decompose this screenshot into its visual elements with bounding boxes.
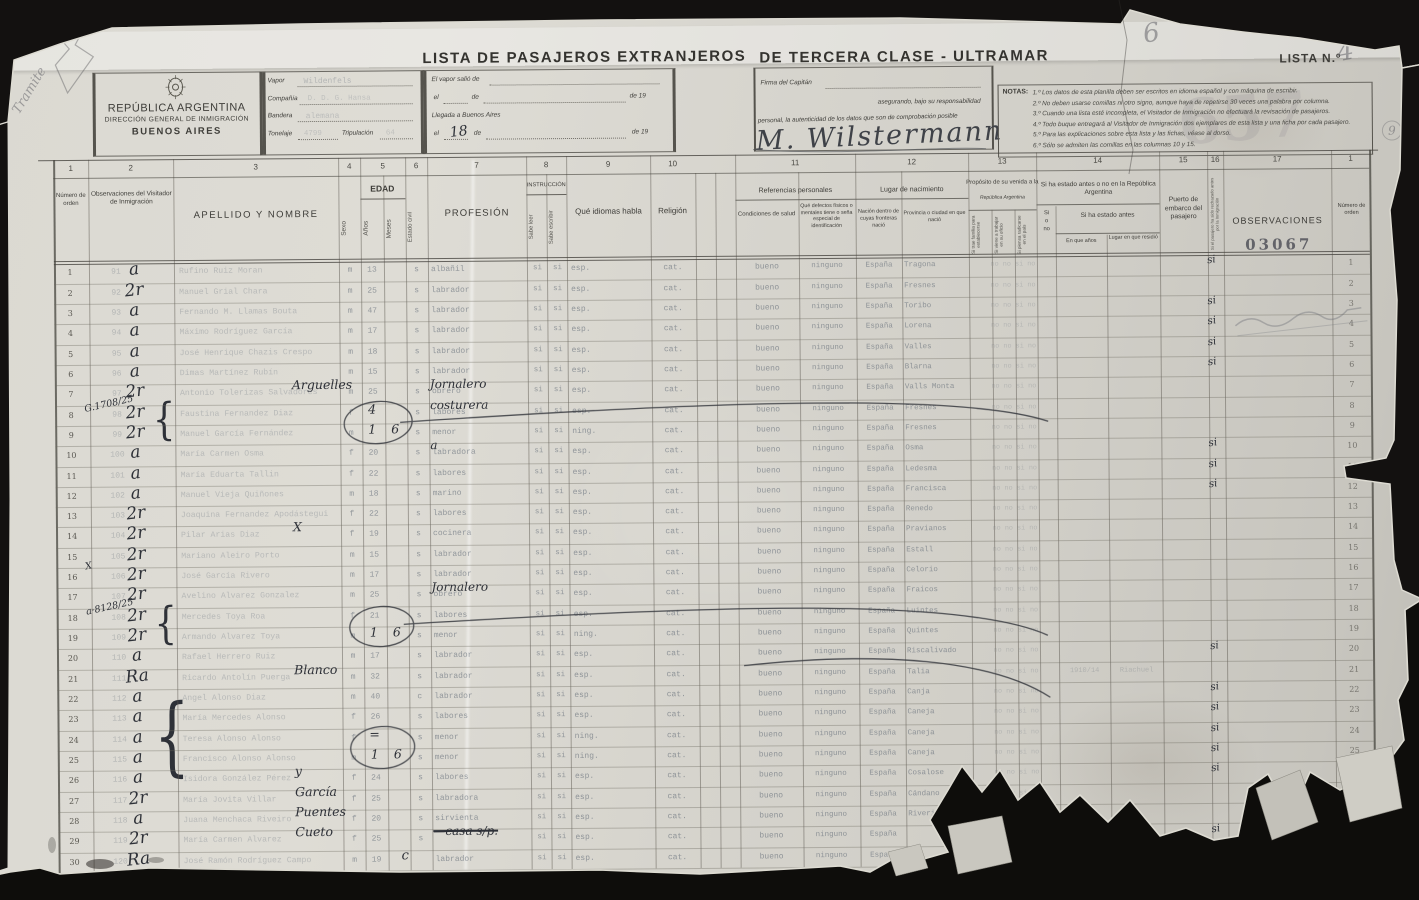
can-read: si xyxy=(531,651,550,659)
language: esp. xyxy=(576,853,636,862)
purpose-marks: no no si no xyxy=(973,667,1059,676)
language: esp. xyxy=(572,406,632,415)
row-number-left: 19 xyxy=(59,634,87,643)
grid-line-v xyxy=(1107,235,1113,865)
language: esp. xyxy=(573,528,633,537)
passenger-name: Manuel Grial Chara xyxy=(179,286,337,296)
age-years: 20 xyxy=(365,814,387,823)
grid-line-v xyxy=(715,173,721,868)
can-read: si xyxy=(532,772,551,780)
row-number-right: 5 xyxy=(1338,339,1366,348)
passenger-name: Mariano Aleiro Porto xyxy=(181,551,339,561)
row-number-left: 26 xyxy=(60,776,88,785)
defects: ninguno xyxy=(801,486,857,494)
nation: España xyxy=(859,465,903,473)
si-mark: si xyxy=(1208,455,1230,470)
row-number-right: 14 xyxy=(1339,522,1367,531)
province: Fresnes xyxy=(905,424,969,433)
passenger-name: María Mercedes Alonso xyxy=(182,713,340,723)
religion: cat. xyxy=(654,507,696,516)
row-number-left: 24 xyxy=(60,735,88,744)
col18-header: Número de orden xyxy=(1334,203,1368,217)
can-write: si xyxy=(552,833,571,841)
grid-line-v xyxy=(546,174,552,869)
nation: España xyxy=(861,831,905,839)
page-subtitle: DE TERCERA CLASE - ULTRAMAR xyxy=(759,47,1049,66)
sex: m xyxy=(342,489,362,498)
purpose-marks: no no si no xyxy=(972,464,1058,473)
row-number-right: 10 xyxy=(1338,441,1366,450)
profession: labores xyxy=(433,468,527,478)
col2-header: Observaciones del Visitador de Inmigraci… xyxy=(90,190,172,207)
purpose-marks: no no si no xyxy=(973,626,1059,635)
vapor-label: Vapor xyxy=(267,77,284,84)
notas-list: 1.º Los datos de esta planilla deben ser… xyxy=(1033,86,1365,152)
row-number-left: 29 xyxy=(60,837,88,846)
can-read: si xyxy=(531,691,550,699)
passenger-name: José García Rivero xyxy=(181,571,339,581)
col-number: 16 xyxy=(1207,155,1223,164)
language: esp. xyxy=(572,447,632,456)
civil-status: s xyxy=(408,469,429,478)
province: Cosalose xyxy=(908,769,972,778)
civil-status: s xyxy=(409,712,430,721)
row-number-left: 3 xyxy=(56,309,84,318)
col-number: 15 xyxy=(1159,155,1207,164)
defects: ninguno xyxy=(799,303,855,311)
lista-n-label: LISTA N.º xyxy=(1279,51,1341,65)
defects: ninguno xyxy=(802,668,858,676)
row-number-right: 15 xyxy=(1339,543,1367,552)
can-read: si xyxy=(532,752,551,760)
col13b-header: República Argentina xyxy=(964,194,1040,201)
defects: ninguno xyxy=(801,547,857,555)
sex: f xyxy=(341,408,361,417)
row-number-right: 17 xyxy=(1339,583,1367,592)
profession: menor xyxy=(432,427,526,437)
col-number: 1 xyxy=(1331,154,1370,163)
de19-label2: de 19 xyxy=(632,128,648,135)
can-write: si xyxy=(549,386,568,394)
province: Blarna xyxy=(905,363,969,372)
row-number-left: 15 xyxy=(58,553,86,562)
purpose-marks: no no si no xyxy=(974,768,1060,777)
age-years: 13 xyxy=(361,266,383,275)
health: bueno xyxy=(741,730,801,739)
profession: labrador xyxy=(433,569,527,579)
nation: España xyxy=(861,770,905,778)
religion: cat. xyxy=(653,345,695,354)
purpose-marks: no no si no xyxy=(971,423,1057,432)
passenger-name: María Eduarta Tallin xyxy=(181,469,339,479)
row-number-right: 26 xyxy=(1341,766,1369,775)
language: esp. xyxy=(572,365,632,374)
defects: ninguno xyxy=(801,506,857,514)
purpose-marks: no no si no xyxy=(971,403,1057,412)
nation: España xyxy=(862,851,906,859)
passenger-name: Joaquina Fernandez Apodástegui xyxy=(181,510,339,520)
col-number: 1 xyxy=(53,164,88,173)
civil-status: s xyxy=(407,387,428,396)
col13-header: Propósito de su venida a la xyxy=(964,179,1040,187)
defects: ninguno xyxy=(800,364,856,372)
purpose-marks: no no si no xyxy=(970,281,1056,290)
defects: ninguno xyxy=(800,445,856,453)
nation: España xyxy=(859,587,903,595)
civil-status: s xyxy=(407,367,428,376)
can-write: si xyxy=(550,569,569,577)
religion: cat. xyxy=(657,853,699,862)
name-addition: Puentes xyxy=(295,804,346,819)
nation: España xyxy=(859,506,903,514)
defects: ninguno xyxy=(803,790,859,798)
language: esp. xyxy=(575,833,635,842)
civil-status: s xyxy=(406,286,427,295)
passenger-name: Armando Alvarez Toya xyxy=(182,632,340,642)
age-years: 25 xyxy=(365,794,387,803)
age-years: 24 xyxy=(365,774,387,783)
grid-line-v xyxy=(1159,151,1166,864)
row-number-left: 25 xyxy=(60,756,88,765)
nation: España xyxy=(861,749,905,757)
defects: ninguno xyxy=(800,384,856,392)
civil-status: s xyxy=(409,631,430,640)
profession: labores xyxy=(433,508,527,518)
age-years: 15 xyxy=(363,550,385,559)
row-number-left: 22 xyxy=(59,695,87,704)
province: Valls Monta xyxy=(905,383,969,392)
civil-status: s xyxy=(406,265,427,274)
health: bueno xyxy=(741,791,801,800)
age-years: 26 xyxy=(364,713,386,722)
tripulacion-label: Tripulación xyxy=(342,130,373,137)
row-number-left: 14 xyxy=(58,532,86,541)
civil-status: s xyxy=(410,814,431,823)
profession: cocinera xyxy=(433,529,527,539)
asegurando-text: asegurando, bajo su responsabilidad xyxy=(826,98,981,106)
can-read: si xyxy=(528,285,547,293)
can-read: si xyxy=(530,569,549,577)
can-read: si xyxy=(531,610,550,618)
col12b-header: Provincia o ciudad en que nació xyxy=(903,210,967,224)
tripulacion-value: 64 xyxy=(386,129,395,137)
col13-sub1: Si trae familia para establecerse xyxy=(971,214,987,256)
row-number-left: 18 xyxy=(59,614,87,623)
purpose-marks: no no si no xyxy=(970,321,1056,330)
profession: labradora xyxy=(432,448,526,458)
si-mark: si xyxy=(1210,719,1232,734)
religion: cat. xyxy=(653,406,695,415)
compania-value: D. D. G. Hansa xyxy=(308,95,371,103)
agency-line1: REPÚBLICA ARGENTINA xyxy=(98,101,256,114)
religion: cat. xyxy=(653,365,695,374)
col11b-header: Qué defectos físicos o mentales tiene o … xyxy=(798,203,854,230)
sex: m xyxy=(344,754,364,763)
civil-status: s xyxy=(409,672,430,681)
province: Luintes xyxy=(907,607,971,616)
row-number-left: 23 xyxy=(59,715,87,724)
province: Fresnes xyxy=(905,403,969,412)
can-write: si xyxy=(548,305,567,313)
defects: ninguno xyxy=(802,648,858,656)
language: esp. xyxy=(572,345,632,354)
religion: cat. xyxy=(655,609,697,618)
province: Osma xyxy=(905,444,969,453)
nation: España xyxy=(857,323,901,331)
age-years: 17 xyxy=(361,327,383,336)
language: esp. xyxy=(571,284,631,293)
col-number: 12 xyxy=(855,157,968,167)
firma-label: Firma del Capitán xyxy=(760,79,811,86)
can-read: si xyxy=(530,590,549,598)
health: bueno xyxy=(738,344,798,353)
language: ning. xyxy=(575,751,635,760)
province: Francisca xyxy=(906,485,970,494)
language: esp. xyxy=(573,467,633,476)
purpose-marks: no no si no xyxy=(974,748,1060,757)
nation: España xyxy=(857,282,901,290)
health: bueno xyxy=(739,506,799,515)
province: Toribo xyxy=(904,302,968,311)
can-read: si xyxy=(532,732,551,740)
profession: labrador xyxy=(432,346,526,356)
purpose-marks: no no si no xyxy=(975,850,1061,859)
row-number-right: 2 xyxy=(1337,278,1365,287)
province: Quintes xyxy=(907,627,971,636)
de-label2: de xyxy=(474,130,481,137)
pencil-arrow xyxy=(55,13,94,93)
age-years: 19 xyxy=(366,855,388,864)
sex: f xyxy=(342,530,362,539)
passenger-name: Mercedes Toya Roa xyxy=(182,612,340,622)
row-number-left: 6 xyxy=(57,370,85,379)
passenger-name: Manuel Vieja Quiñones xyxy=(181,490,339,500)
profession: labrador xyxy=(431,305,525,315)
sex: m xyxy=(345,855,365,864)
sex: f xyxy=(342,469,362,478)
grid-line-h xyxy=(54,251,1370,262)
passenger-name: Rufino Ruiz Moran xyxy=(179,266,337,276)
province: Cándano xyxy=(908,789,972,798)
religion: cat. xyxy=(655,649,697,658)
row-number-left: 28 xyxy=(60,817,88,826)
sex: f xyxy=(342,510,362,519)
can-write: si xyxy=(551,711,570,719)
sex: m xyxy=(340,266,360,275)
can-write: si xyxy=(552,752,571,760)
col13-sub3: Si piensa radicarse en el país xyxy=(1017,213,1033,255)
agency-line2: DIRECCIÓN GENERAL DE INMIGRACIÓN xyxy=(98,115,256,123)
nation: España xyxy=(858,343,902,351)
civil-status: s xyxy=(407,428,428,437)
age-years: 15 xyxy=(362,367,384,376)
nation: España xyxy=(860,607,904,615)
col-number: 11 xyxy=(735,158,855,168)
age-years: 18 xyxy=(362,347,384,356)
profession: labrador xyxy=(436,854,530,864)
can-write: si xyxy=(549,427,568,435)
age-years: 22 xyxy=(363,469,385,478)
health: bueno xyxy=(741,811,801,820)
profession-handwritten: —casa s/p. xyxy=(433,824,498,839)
pencil-letter: 6 xyxy=(1141,17,1162,49)
health: bueno xyxy=(738,405,798,414)
el-label2: el xyxy=(434,130,439,137)
can-read: si xyxy=(531,712,550,720)
sex: f xyxy=(344,835,364,844)
el-label: el xyxy=(434,94,439,101)
health: bueno xyxy=(738,384,798,393)
defects: ninguno xyxy=(801,526,857,534)
purpose-marks: no no si no xyxy=(972,565,1058,574)
civil-status: s xyxy=(406,306,427,315)
row-number-left: 5 xyxy=(57,349,85,358)
nation: España xyxy=(857,302,901,310)
religion: cat. xyxy=(655,710,697,719)
age-years: 25 xyxy=(362,388,384,397)
sex: f xyxy=(341,449,361,458)
age-years: 25 xyxy=(361,286,383,295)
civil-status: s xyxy=(407,408,428,417)
defects: ninguno xyxy=(801,567,857,575)
purpose-marks: no no si no xyxy=(971,443,1057,452)
compania-label: Compañía xyxy=(268,95,298,102)
row-number-right: 6 xyxy=(1338,360,1366,369)
province: Riverio xyxy=(908,810,972,819)
anos-header: Años xyxy=(362,203,380,255)
purpose-marks: no no si no xyxy=(973,687,1059,696)
age-years: 47 xyxy=(361,306,383,315)
can-write: si xyxy=(550,528,569,536)
sex: f xyxy=(344,815,364,824)
row-number-right: 4 xyxy=(1337,319,1365,328)
age-years: 19 xyxy=(363,530,385,539)
si-o-no-header: Siono xyxy=(1039,209,1055,233)
profession: labrador xyxy=(431,285,525,295)
age-years: 40 xyxy=(364,692,386,701)
row-number-left: 20 xyxy=(59,654,87,663)
religion: cat. xyxy=(654,467,696,476)
sex: m xyxy=(342,571,362,580)
can-read: si xyxy=(533,854,552,862)
health: bueno xyxy=(740,669,800,678)
language: esp. xyxy=(571,325,631,334)
health: bueno xyxy=(741,771,801,780)
col7-header: PROFESIÓN xyxy=(428,207,525,219)
can-write: si xyxy=(550,468,569,476)
purpose-marks: no no si no xyxy=(971,342,1057,351)
col11-header: Referencias personales xyxy=(735,187,855,195)
can-write: si xyxy=(551,691,570,699)
health: bueno xyxy=(737,283,797,292)
si-mark: si xyxy=(1207,333,1229,348)
nation: España xyxy=(860,688,904,696)
language: esp. xyxy=(574,670,634,679)
col10-header: Religión xyxy=(650,206,694,215)
sex: m xyxy=(340,286,360,295)
col-number: 17 xyxy=(1223,154,1331,164)
province: Fraicos xyxy=(906,586,970,595)
purpose-marks: no no si no xyxy=(973,708,1059,717)
row-number-right: 23 xyxy=(1340,705,1368,714)
name-addition: Cueto xyxy=(295,824,333,839)
province: Celorio xyxy=(906,566,970,575)
bandera-value: alemana xyxy=(306,112,340,121)
civil-status: s xyxy=(409,611,430,620)
religion: cat. xyxy=(655,670,697,679)
col11a-header: Condiciones de salud xyxy=(738,211,796,219)
col16-header: Si el pasajero ha sido rechazado antes p… xyxy=(1209,176,1223,252)
age-years-handwritten: 1 xyxy=(363,746,387,761)
sex: m xyxy=(343,652,363,661)
purpose-marks: no no si no xyxy=(972,545,1058,554)
nation: España xyxy=(858,363,902,371)
sex: f xyxy=(344,733,364,742)
nation: España xyxy=(858,424,902,432)
nation: España xyxy=(860,709,904,717)
can-read: si xyxy=(528,325,547,333)
col-number: 6 xyxy=(405,161,427,170)
religion: cat. xyxy=(653,385,695,394)
purpose-marks: no no si no xyxy=(972,586,1058,595)
defects: ninguno xyxy=(803,811,859,819)
row-number-left: 16 xyxy=(58,573,86,582)
religion: cat. xyxy=(654,588,696,597)
age-months-handwritten: 6 xyxy=(387,746,409,761)
religion: cat. xyxy=(654,548,696,557)
language: esp. xyxy=(574,711,634,720)
row-number-left: 27 xyxy=(60,796,88,805)
age-years-handwritten: 4 xyxy=(360,401,384,416)
col-number: 13 xyxy=(968,156,1036,166)
age-years: 22 xyxy=(363,510,385,519)
sex: m xyxy=(340,327,360,336)
religion: cat. xyxy=(652,263,694,272)
defects: ninguno xyxy=(803,770,859,778)
age-years: 25 xyxy=(363,591,385,600)
pencil-edge-mark: 9 xyxy=(1382,120,1402,140)
health: bueno xyxy=(739,486,799,495)
can-write: si xyxy=(550,589,569,597)
col-number: 10 xyxy=(650,159,695,168)
defects: ninguno xyxy=(802,608,858,616)
row-number-left: 12 xyxy=(58,492,86,501)
nation: España xyxy=(861,790,905,798)
province: Pravianos xyxy=(906,525,970,534)
purpose-marks: no no si no xyxy=(971,382,1057,391)
can-write: si xyxy=(551,671,570,679)
grid-line-v xyxy=(1055,206,1061,865)
can-write: si xyxy=(549,447,568,455)
defects: ninguno xyxy=(803,750,859,758)
can-read: si xyxy=(530,549,549,557)
row-number-right: 24 xyxy=(1341,725,1369,734)
religion: cat. xyxy=(652,284,694,293)
can-write: si xyxy=(550,549,569,557)
name-addition: García xyxy=(295,783,337,798)
can-read: si xyxy=(529,427,548,435)
profession: labrador xyxy=(434,671,528,681)
name-addition: y xyxy=(295,763,302,778)
nation: España xyxy=(861,729,905,737)
age-years: 18 xyxy=(363,489,385,498)
passenger-name: Angel Alonso Diaz xyxy=(182,693,340,703)
health: bueno xyxy=(740,689,800,698)
purpose-marks: no no si no xyxy=(974,728,1060,737)
purpose-marks: no no si no xyxy=(974,829,1060,838)
purpose-marks: no no si no xyxy=(972,504,1058,513)
passenger-name: Máximo Rodríguez García xyxy=(179,327,337,337)
